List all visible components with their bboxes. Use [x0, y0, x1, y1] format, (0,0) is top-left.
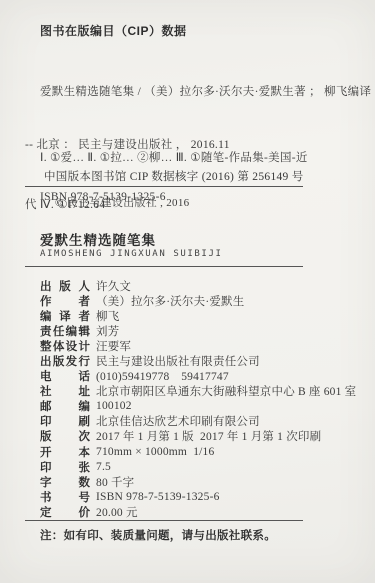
cip-registry-number: 中国版本图书馆 CIP 数据核字 (2016) 第 256149 号	[44, 168, 304, 184]
row-value: 2017 年 1 月第 1 版 2017 年 1 月第 1 次印刷	[96, 428, 321, 444]
row-label: 作者	[40, 293, 90, 309]
row-value: 柳飞	[96, 308, 119, 324]
row-value: 民主与建设出版社有限责任公司	[96, 353, 260, 369]
table-row-publisher-person: 出版人 许久文	[40, 278, 360, 293]
table-row-sheets: 印张 7.5	[40, 459, 360, 474]
row-value: 7.5	[96, 461, 111, 473]
divider-line	[25, 520, 303, 521]
row-value: 80 千字	[96, 474, 134, 490]
row-value: （美）拉尔多·沃尔夫·爱默生	[96, 293, 244, 309]
table-row-publisher: 出版发行 民主与建设出版社有限责任公司	[40, 353, 360, 368]
row-label: 整体设计	[40, 338, 90, 354]
table-row-postcode: 邮编 100102	[40, 399, 360, 414]
row-label: 印张	[40, 459, 90, 475]
book-copyright-page: 图书在版编目（CIP）数据 爱默生精选随笔集 / （美）拉尔多·沃尔夫·爱默生著…	[0, 0, 375, 583]
row-label: 版次	[40, 428, 90, 444]
row-label: 社址	[40, 383, 90, 399]
row-value: (010)59419778 59417747	[96, 368, 229, 384]
table-row-isbn: 书号 ISBN 978-7-5139-1325-6	[40, 489, 360, 504]
table-row-designer: 整体设计 汪要军	[40, 338, 360, 353]
table-row-wordcount: 字数 80 千字	[40, 474, 360, 489]
divider-line	[25, 186, 303, 187]
cip-record-line: 爱默生精选随笔集 / （美）拉尔多·沃尔夫·爱默生著 ； 柳飞编译 .	[25, 84, 355, 102]
book-title-pinyin: AIMOSHENG JINGXUAN SUIBIJI	[40, 249, 222, 259]
quality-note: 注：如有印、装质量问题，请与出版社联系。	[40, 527, 276, 543]
row-value: 汪要军	[96, 338, 131, 354]
row-value: 710mm × 1000mm 1/16	[96, 446, 214, 458]
divider-line	[25, 266, 303, 267]
row-label: 责任编辑	[40, 323, 90, 339]
row-value: ISBN 978-7-5139-1325-6	[96, 491, 220, 503]
row-value: 北京市朝阳区阜通东大街融科望京中心 B 座 601 室	[96, 383, 356, 399]
table-row-address: 社址 北京市朝阳区阜通东大街融科望京中心 B 座 601 室	[40, 384, 360, 399]
row-label: 出版发行	[40, 353, 90, 369]
row-label: 邮编	[40, 398, 90, 414]
table-row-price: 定价 20.00 元	[40, 504, 360, 519]
table-row-printer: 印刷 北京佳信达欣艺术印刷有限公司	[40, 414, 360, 429]
row-value: 20.00 元	[96, 504, 138, 520]
table-row-author: 作者 （美）拉尔多·沃尔夫·爱默生	[40, 293, 360, 308]
row-label: 定价	[40, 504, 90, 520]
table-row-editor: 责任编辑 刘芳	[40, 323, 360, 338]
copyright-notice: © 民主与建设出版社 , 2016	[55, 194, 189, 210]
row-label: 出版人	[40, 278, 90, 294]
colophon-table: 出版人 许久文 作者 （美）拉尔多·沃尔夫·爱默生 编译者 柳飞 责任编辑 刘芳…	[40, 278, 360, 520]
cip-data-heading: 图书在版编目（CIP）数据	[40, 22, 187, 39]
row-value: 刘芳	[96, 323, 119, 339]
row-label: 书号	[40, 489, 90, 505]
table-row-format: 开本 710mm × 1000mm 1/16	[40, 444, 360, 459]
row-label: 编译者	[40, 308, 90, 324]
row-label: 电话	[40, 368, 90, 384]
table-row-translator: 编译者 柳飞	[40, 308, 360, 323]
table-row-phone: 电话 (010)59419778 59417747	[40, 369, 360, 384]
cip-classification-line: Ⅰ. ①爱… Ⅱ. ①拉… ②柳… Ⅲ. ①随笔-作品集-美国-近	[25, 151, 355, 167]
row-value: 北京佳信达欣艺术印刷有限公司	[96, 413, 260, 429]
table-row-edition: 版次 2017 年 1 月第 1 版 2017 年 1 月第 1 次印刷	[40, 429, 360, 444]
row-value: 100102	[96, 400, 132, 412]
row-label: 开本	[40, 444, 90, 460]
row-label: 字数	[40, 474, 90, 490]
book-title: 爱默生精选随笔集	[40, 229, 156, 249]
row-label: 印刷	[40, 413, 90, 429]
row-value: 许久文	[96, 278, 131, 294]
